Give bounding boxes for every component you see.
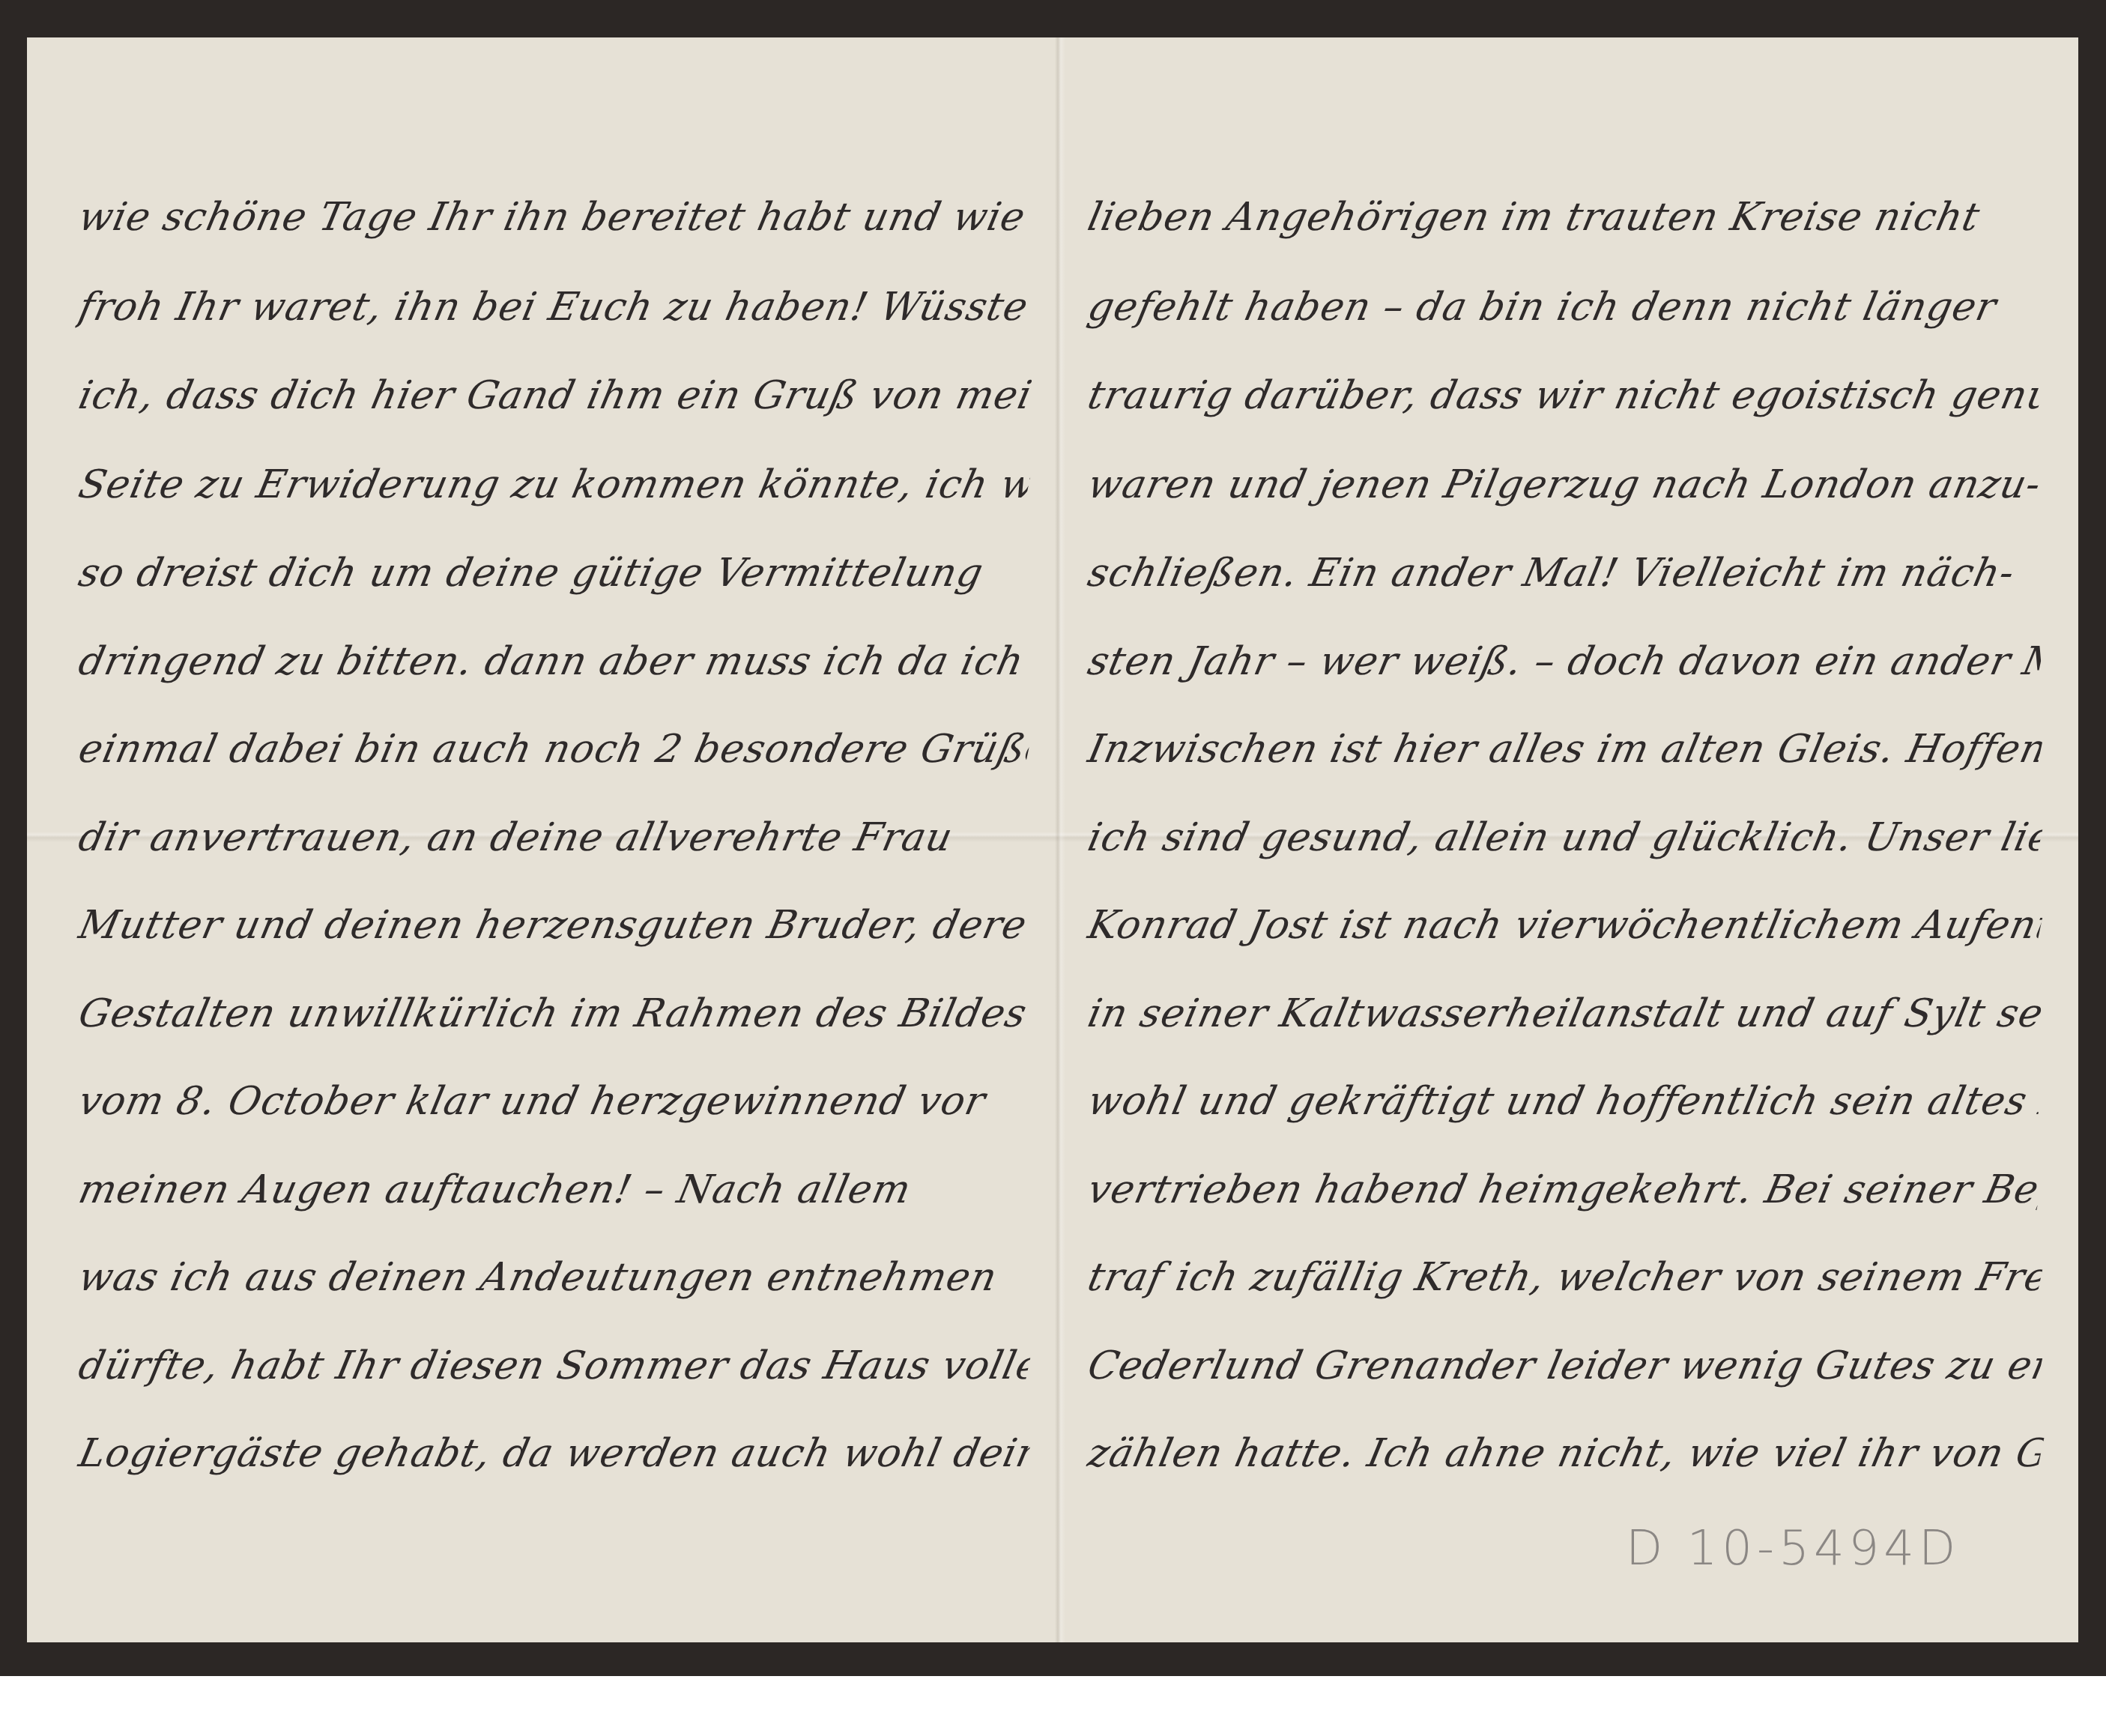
- right-line-4: waren und jenen Pilgerzug nach London an…: [1083, 459, 2047, 511]
- right-line-8: ich sind gesund, allein und glücklich. U…: [1083, 811, 2047, 864]
- left-line-5: so dreist dich um deine gütige Vermittel…: [74, 547, 1035, 599]
- left-line-14: dürfte, habt Ihr diesen Sommer das Haus …: [74, 1340, 1035, 1392]
- left-line-3: ich, dass dich hier Gand ihm ein Gruß vo…: [74, 369, 1035, 422]
- archive-id-pencil-mark: D 10-5494D: [1626, 1521, 1960, 1576]
- right-line-6: sten Jahr – wer weiß. – doch davon ein a…: [1083, 635, 2047, 688]
- left-line-4: Seite zu Erwiderung zu kommen könnte, ic…: [74, 459, 1035, 511]
- left-line-6: dringend zu bitten. dann aber muss ich d…: [74, 635, 1035, 688]
- right-line-5: schließen. Ein ander Mal! Vielleicht im …: [1083, 547, 2047, 599]
- right-page: lieben Angehörigen im trauten Kreise nic…: [1059, 37, 2078, 1642]
- right-line-3: traurig darüber, dass wir nicht egoistis…: [1083, 369, 2047, 422]
- left-line-8: dir anvertrauen, an deine allverehrte Fr…: [74, 811, 1035, 864]
- left-line-2: froh Ihr waret, ihn bei Euch zu haben! W…: [74, 281, 1035, 333]
- left-line-13: was ich aus deinen Andeutungen entnehmen: [74, 1251, 1035, 1304]
- left-page: wie schöne Tage Ihr ihn bereitet habt un…: [27, 37, 1059, 1642]
- left-line-10: Gestalten unwillkürlich im Rahmen des Bi…: [74, 988, 1035, 1040]
- right-line-9: Konrad Jost ist nach vierwöchentlichem A…: [1083, 899, 2047, 952]
- right-line-14: Cederlund Grenander leider wenig Gutes z…: [1083, 1340, 2047, 1392]
- left-line-9: Mutter und deinen herzensguten Bruder, d…: [74, 899, 1035, 952]
- right-line-12: vertrieben habend heimgekehrt. Bei seine…: [1083, 1164, 2047, 1216]
- left-line-15: Logiergäste gehabt, da werden auch wohl …: [74, 1427, 1035, 1480]
- left-line-12: meinen Augen auftauchen! – Nach allem: [74, 1164, 1035, 1216]
- left-line-1: wie schöne Tage Ihr ihn bereitet habt un…: [74, 191, 1035, 244]
- letter-sheet: wie schöne Tage Ihr ihn bereitet habt un…: [27, 37, 2078, 1642]
- right-line-2: gefehlt haben – da bin ich denn nicht lä…: [1083, 281, 2047, 333]
- right-line-1: lieben Angehörigen im trauten Kreise nic…: [1083, 191, 2047, 244]
- right-line-13: traf ich zufällig Kreth, welcher von sei…: [1083, 1251, 2047, 1304]
- left-line-7: einmal dabei bin auch noch 2 besondere G…: [74, 723, 1035, 775]
- right-line-15: zählen hatte. Ich ahne nicht, wie viel i…: [1083, 1427, 2047, 1480]
- left-line-11: vom 8. October klar und herzgewinnend vo…: [74, 1075, 1035, 1128]
- right-line-7: Inzwischen ist hier alles im alten Gleis…: [1083, 723, 2047, 775]
- right-line-11: wohl und gekräftigt und hoffentlich sein…: [1083, 1075, 2047, 1128]
- right-line-10: in seiner Kaltwasserheilanstalt und auf …: [1083, 988, 2047, 1040]
